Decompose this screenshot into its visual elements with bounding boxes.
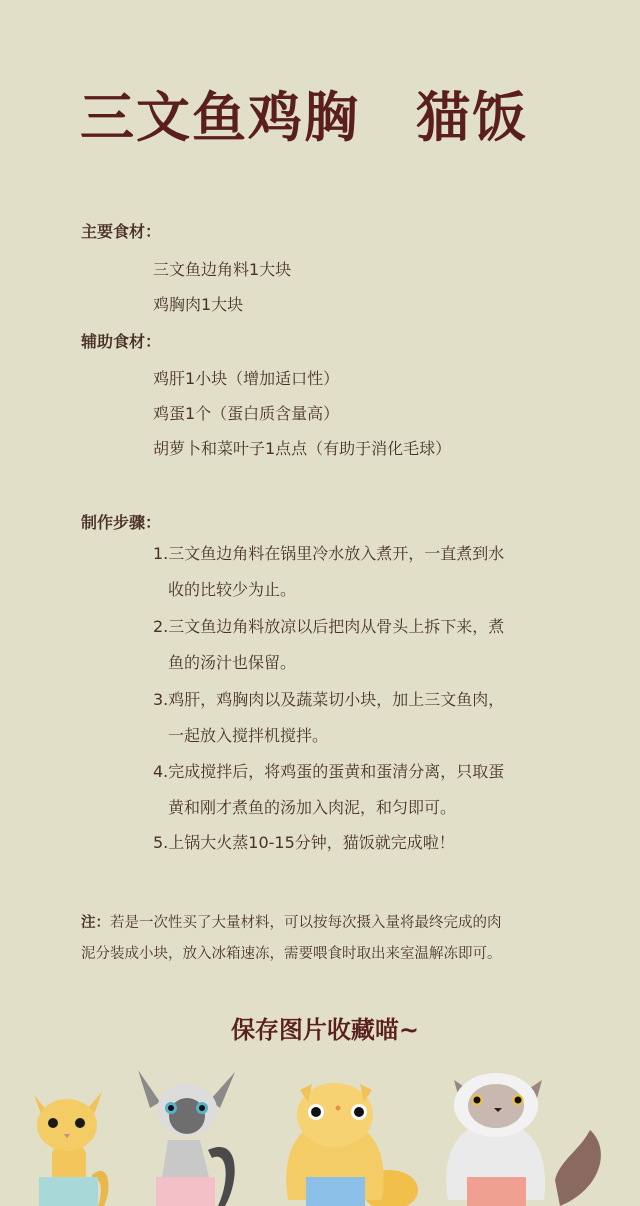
steps-heading: 制作步骤：	[81, 510, 161, 533]
note-text: 泥分装成小块，放入冰箱速冻，需要喂食时取出来室温解冻即可。	[81, 939, 561, 970]
step-line: 3.鸡肝，鸡胸肉以及蔬菜切小块，加上三文鱼肉，	[153, 682, 553, 718]
step-line: 鱼的汤汁也保留。	[153, 645, 553, 681]
cat-box-pink	[156, 1177, 215, 1206]
step-line: 黄和刚才煮鱼的汤加入肉泥，和匀即可。	[153, 790, 553, 826]
ingredient-item: 鸡胸肉1大块	[153, 292, 243, 315]
step-line: 1.三文鱼边角料在锅里冷水放入煮开，一直煮到水	[153, 536, 553, 572]
note-block: 注：若是一次性买了大量材料，可以按每次摄入量将最终完成的肉 泥分装成小块，放入冰…	[81, 908, 561, 970]
step-line: 5.上锅大火蒸10-15分钟，猫饭就完成啦！	[153, 825, 553, 861]
cat-box-salmon	[467, 1177, 526, 1206]
ingredient-item: 三文鱼边角料1大块	[153, 257, 291, 280]
step-item: 1.三文鱼边角料在锅里冷水放入煮开，一直煮到水 收的比较少为止。	[153, 536, 553, 608]
title-part-1: 三文鱼鸡胸	[80, 75, 360, 152]
step-item: 4.完成搅拌后，将鸡蛋的蛋黄和蛋清分离，只取蛋 黄和刚才煮鱼的汤加入肉泥，和匀即…	[153, 754, 553, 826]
save-image-caption: 保存图片收藏喵~	[210, 1010, 440, 1045]
ingredient-item: 鸡肝1小块（增加适口性）	[153, 366, 339, 389]
step-line: 2.三文鱼边角料放凉以后把肉从骨头上拆下来，煮	[153, 609, 553, 645]
step-line: 4.完成搅拌后，将鸡蛋的蛋黄和蛋清分离，只取蛋	[153, 754, 553, 790]
step-line: 收的比较少为止。	[153, 572, 553, 608]
main-ingredients-heading: 主要食材：	[81, 219, 161, 242]
step-line: 一起放入搅拌机搅拌。	[153, 718, 553, 754]
note-text: 若是一次性买了大量材料，可以按每次摄入量将最终完成的肉	[110, 915, 502, 931]
step-item: 5.上锅大火蒸10-15分钟，猫饭就完成啦！	[153, 825, 553, 861]
step-item: 2.三文鱼边角料放凉以后把肉从骨头上拆下来，煮 鱼的汤汁也保留。	[153, 609, 553, 681]
cat-box-blue	[306, 1177, 365, 1206]
cats-illustration	[0, 1050, 640, 1206]
page-title: 三文鱼鸡胸 猫饭	[80, 78, 560, 148]
step-item: 3.鸡肝，鸡胸肉以及蔬菜切小块，加上三文鱼肉， 一起放入搅拌机搅拌。	[153, 682, 553, 754]
cat-box-teal	[39, 1177, 98, 1206]
note-label: 注：	[81, 915, 110, 931]
ingredient-item: 胡萝卜和菜叶子1点点（有助于消化毛球）	[153, 436, 451, 459]
aux-ingredients-heading: 辅助食材：	[81, 329, 161, 352]
ingredient-item: 鸡蛋1个（蛋白质含量高）	[153, 401, 339, 424]
title-part-2: 猫饭	[416, 75, 528, 152]
